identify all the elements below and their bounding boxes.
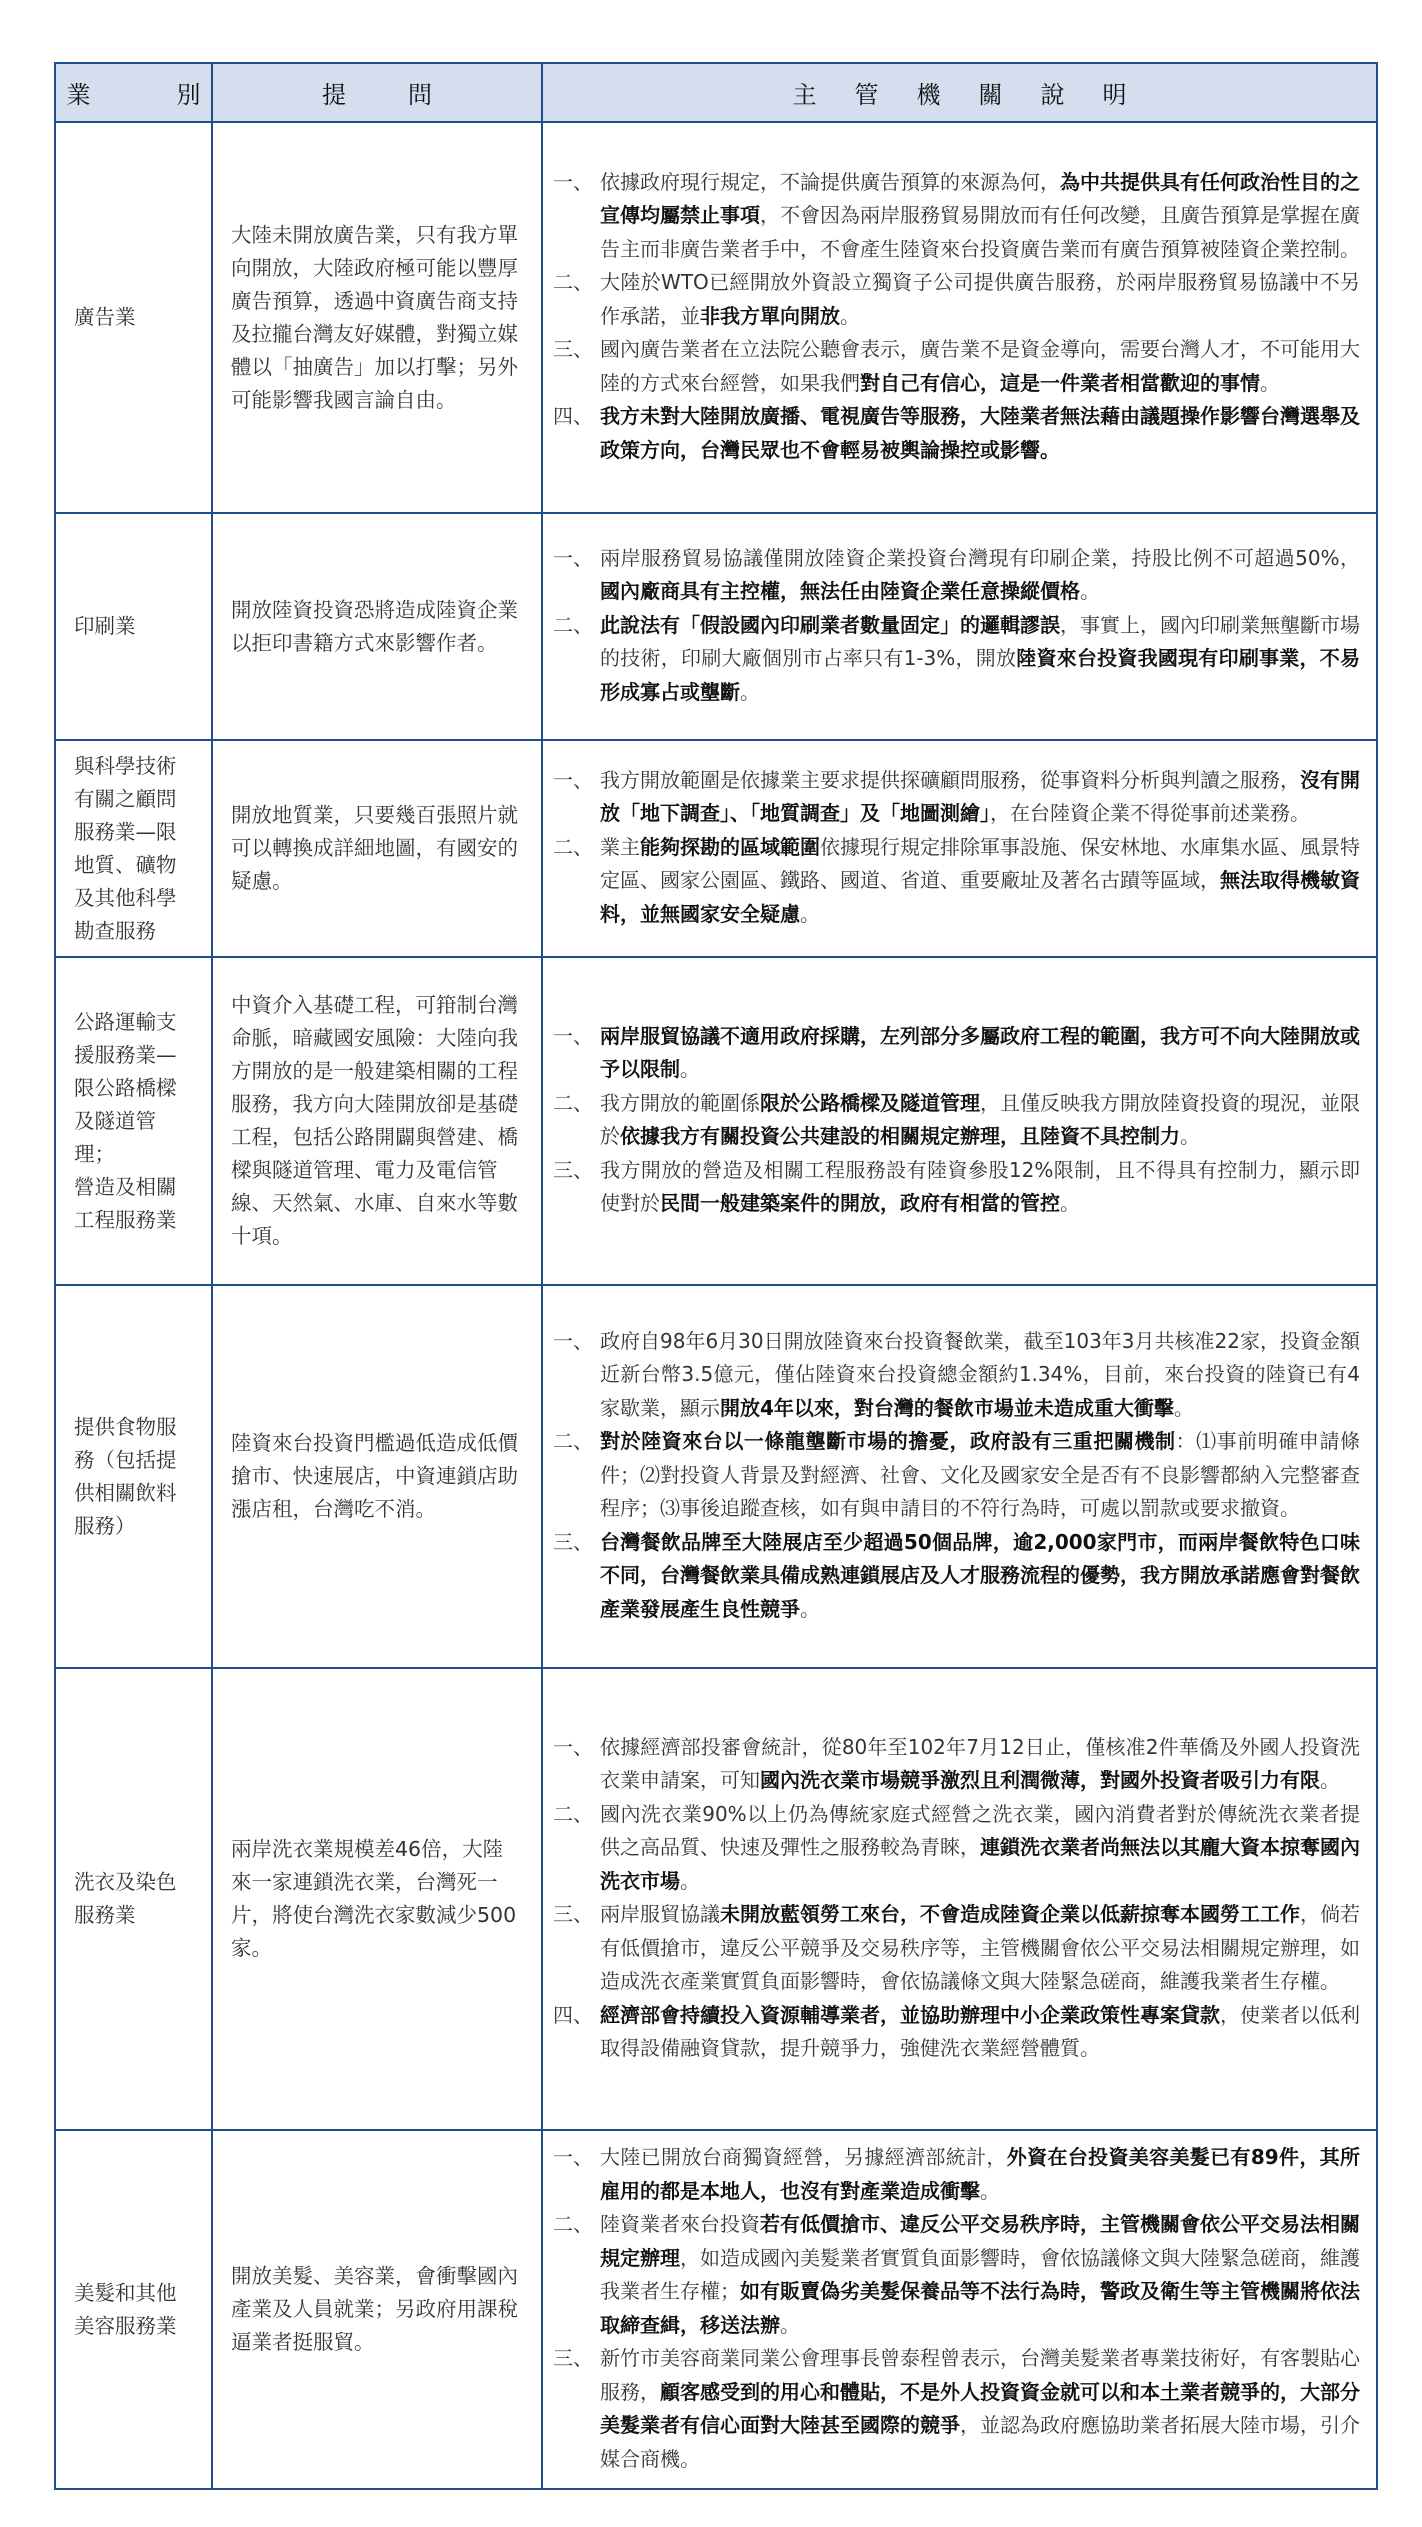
item-text: 依據經濟部投審會統計，從80年至102年7月12日止，僅核准2件華僑及外國人投資… [600, 1731, 1360, 1798]
item-text: 我方開放的範圍係限於公路橋樑及隧道管理，且僅反映我方開放陸資投資的現況，並限於依… [600, 1087, 1360, 1154]
emphasis-text: 對於陸資來台以一條龍壟斷市場的擔憂，政府設有三重把關機制 [600, 1429, 1176, 1453]
explanation-item: 一、依據經濟部投審會統計，從80年至102年7月12日止，僅核准2件華僑及外國人… [553, 1731, 1360, 1798]
item-number: 四、 [553, 400, 600, 467]
explanation-cell: 一、兩岸服務貿易協議僅開放陸資企業投資台灣現有印刷企業，持股比例不可超過50%，… [542, 513, 1377, 740]
faq-table: 業別 提問 主管機關說明 廣告業大陸未開放廣告業，只有我方單向開放，大陸政府極可… [54, 62, 1378, 2490]
item-text: 兩岸服務貿易協議僅開放陸資企業投資台灣現有印刷企業，持股比例不可超過50%，國內… [600, 542, 1360, 609]
body-text: 。 [680, 1057, 700, 1081]
emphasis-text: 國內洗衣業市場競爭激烈且利潤微薄，對國外投資者吸引力有限 [760, 1768, 1320, 1792]
item-text: 兩岸服貿協議未開放藍領勞工來台，不會造成陸資企業以低薪掠奪本國勞工工作，倘若有低… [600, 1898, 1360, 1999]
explanation-cell: 一、政府自98年6月30日開放陸資來台投資餐飲業，截至103年3月共核准22家，… [542, 1285, 1377, 1668]
explanation-item: 四、我方未對大陸開放廣播、電視廣告等服務，大陸業者無法藉由議題操作影響台灣選舉及… [553, 400, 1360, 467]
body-text: 。 [840, 304, 860, 328]
body-text: 。 [1060, 1191, 1080, 1215]
header-char: 說 [1041, 75, 1065, 110]
question-cell: 大陸未開放廣告業，只有我方單向開放，大陸政府極可能以豐厚廣告預算，透過中資廣告商… [212, 122, 542, 513]
item-text: 依據政府現行規定，不論提供廣告預算的來源為何，為中共提供具有任何政治性目的之宣傳… [600, 166, 1360, 267]
question-cell: 開放美髮、美容業，會衝擊國內產業及人員就業；另政府用課稅逼業者挺服貿。 [212, 2130, 542, 2489]
body-text: 。 [1260, 371, 1280, 395]
body-text: 。 [1080, 579, 1100, 603]
item-number: 二、 [553, 1798, 600, 1899]
item-text: 業主能夠探勘的區域範圍依據現行規定排除軍事設施、保安林地、水庫集水區、風景特定區… [600, 831, 1360, 932]
item-text: 兩岸服貿協議不適用政府採購，左列部分多屬政府工程的範圍，我方可不向大陸開放或予以… [600, 1020, 1360, 1087]
explanation-item: 三、國內廣告業者在立法院公聽會表示，廣告業不是資金導向，需要台灣人才，不可能用大… [553, 333, 1360, 400]
question-cell: 開放地質業，只要幾百張照片就可以轉換成詳細地圖，有國安的疑慮。 [212, 740, 542, 957]
item-text: 政府自98年6月30日開放陸資來台投資餐飲業，截至103年3月共核准22家，投資… [600, 1325, 1360, 1426]
item-number: 一、 [553, 1020, 600, 1087]
item-number: 一、 [553, 2141, 600, 2208]
item-number: 二、 [553, 831, 600, 932]
table-row: 洗衣及染色服務業兩岸洗衣業規模差46倍，大陸來一家連鎖洗衣業，台灣死一片，將使台… [55, 1668, 1377, 2130]
item-number: 三、 [553, 2342, 600, 2476]
table-row: 廣告業大陸未開放廣告業，只有我方單向開放，大陸政府極可能以豐厚廣告預算，透過中資… [55, 122, 1377, 513]
item-text: 對於陸資來台以一條龍壟斷市場的擔憂，政府設有三重把關機制：⑴事前明確申請條件；⑵… [600, 1425, 1360, 1526]
explanation-item: 一、依據政府現行規定，不論提供廣告預算的來源為何，為中共提供具有任何政治性目的之… [553, 166, 1360, 267]
emphasis-text: 能夠探勘的區域範圍 [640, 835, 820, 859]
emphasis-text: 未開放藍領勞工來台，不會造成陸資企業以低薪掠奪本國勞工工作 [720, 1902, 1300, 1926]
explanation-cell: 一、兩岸服貿協議不適用政府採購，左列部分多屬政府工程的範圍，我方可不向大陸開放或… [542, 957, 1377, 1285]
item-text: 大陸於WTO已經開放外資設立獨資子公司提供廣告服務，於兩岸服務貿易協議中不另作承… [600, 266, 1360, 333]
category-cell: 洗衣及染色服務業 [55, 1668, 212, 2130]
item-text: 我方開放的營造及相關工程服務設有陸資參股12%限制，且不得具有控制力，顯示即使對… [600, 1154, 1360, 1221]
body-text: 。 [980, 2179, 1000, 2203]
body-text: 大陸已開放台商獨資經營，另據經濟部統計， [600, 2145, 1007, 2169]
explanation-item: 二、此說法有「假設國內印刷業者數量固定」的邏輯謬誤，事實上，國內印刷業無壟斷市場… [553, 609, 1360, 710]
emphasis-text: 開放4年以來，對台灣的餐飲市場並未造成重大衝擊 [720, 1396, 1174, 1420]
explanation-cell: 一、依據政府現行規定，不論提供廣告預算的來源為何，為中共提供具有任何政治性目的之… [542, 122, 1377, 513]
body-text: 。 [1180, 1124, 1200, 1148]
item-number: 二、 [553, 609, 600, 710]
item-number: 二、 [553, 1087, 600, 1154]
emphasis-text: 限於公路橋樑及隧道管理 [760, 1091, 980, 1115]
question-cell: 中資介入基礎工程，可箝制台灣命脈，暗藏國安風險：大陸向我方開放的是一般建築相關的… [212, 957, 542, 1285]
table-row: 印刷業開放陸資投資恐將造成陸資企業以拒印書籍方式來影響作者。一、兩岸服務貿易協議… [55, 513, 1377, 740]
body-text: 陸資業者來台投資 [600, 2212, 760, 2236]
explanation-item: 三、我方開放的營造及相關工程服務設有陸資參股12%限制，且不得具有控制力，顯示即… [553, 1154, 1360, 1221]
emphasis-text: 非我方單向開放 [700, 304, 840, 328]
item-text: 陸資業者來台投資若有低價搶市、違反公平交易秩序時，主管機關會依公平交易法相關規定… [600, 2208, 1360, 2342]
body-text: 業主 [600, 835, 640, 859]
explanation-item: 二、國內洗衣業90%以上仍為傳統家庭式經營之洗衣業，國內消費者對於傳統洗衣業者提… [553, 1798, 1360, 1899]
explanation-item: 二、我方開放的範圍係限於公路橋樑及隧道管理，且僅反映我方開放陸資投資的現況，並限… [553, 1087, 1360, 1154]
body-text: 。 [1320, 1768, 1340, 1792]
item-text: 我方未對大陸開放廣播、電視廣告等服務，大陸業者無法藉由議題操作影響台灣選舉及政策… [600, 400, 1360, 467]
category-cell: 印刷業 [55, 513, 212, 740]
item-text: 台灣餐飲品牌至大陸展店至少超過50個品牌，逾2,000家門市，而兩岸餐飲特色口味… [600, 1526, 1360, 1627]
header-char: 關 [979, 75, 1003, 110]
item-text: 國內洗衣業90%以上仍為傳統家庭式經營之洗衣業，國內消費者對於傳統洗衣業者提供之… [600, 1798, 1360, 1899]
question-cell: 陸資來台投資門檻過低造成低價搶市、快速展店，中資連鎖店助漲店租，台灣吃不消。 [212, 1285, 542, 1668]
explanation-item: 二、陸資業者來台投資若有低價搶市、違反公平交易秩序時，主管機關會依公平交易法相關… [553, 2208, 1360, 2342]
item-number: 一、 [553, 1731, 600, 1798]
emphasis-text: 民間一般建築案件的開放，政府有相當的管控 [660, 1191, 1060, 1215]
emphasis-text: 兩岸服貿協議不適用政府採購，左列部分多屬政府工程的範圍，我方可不向大陸開放或予以… [600, 1024, 1360, 1082]
item-text: 新竹市美容商業同業公會理事長曾泰程曾表示，台灣美髮業者專業技術好，有客製貼心服務… [600, 2342, 1360, 2476]
emphasis-text: 對自己有信心，這是一件業者相當歡迎的事情 [860, 371, 1260, 395]
explanation-item: 一、我方開放範圍是依據業主要求提供探礦顧問服務，從事資料分析與判讀之服務，沒有開… [553, 764, 1360, 831]
header-char: 別 [177, 75, 201, 110]
item-number: 四、 [553, 1999, 600, 2066]
body-text: 我方開放的範圍係 [600, 1091, 760, 1115]
explanation-item: 四、經濟部會持續投入資源輔導業者，並協助辦理中小企業政策性專案貸款，使業者以低利… [553, 1999, 1360, 2066]
body-text: ，在台陸資企業不得從事前述業務。 [990, 801, 1310, 825]
explanation-item: 一、大陸已開放台商獨資經營，另據經濟部統計，外資在台投資美容美髮已有89件，其所… [553, 2141, 1360, 2208]
header-category: 業別 [55, 63, 212, 122]
body-text: 。 [1174, 1396, 1194, 1420]
item-number: 三、 [553, 1526, 600, 1627]
question-cell: 兩岸洗衣業規模差46倍，大陸來一家連鎖洗衣業，台灣死一片，將使台灣洗衣家數減少5… [212, 1668, 542, 2130]
item-number: 二、 [553, 266, 600, 333]
header-char: 主 [793, 75, 817, 110]
item-number: 一、 [553, 542, 600, 609]
table-header-row: 業別 提問 主管機關說明 [55, 63, 1377, 122]
table-row: 與科學技術有關之顧問服務業—限地質、礦物及其他科學勘查服務開放地質業，只要幾百張… [55, 740, 1377, 957]
table-row: 公路運輸支援服務業—限公路橋樑及隧道管理； 營造及相關工程服務業中資介入基礎工程… [55, 957, 1377, 1285]
emphasis-text: 台灣餐飲品牌至大陸展店至少超過50個品牌，逾2,000家門市，而兩岸餐飲特色口味… [600, 1530, 1360, 1621]
emphasis-text: 此說法有「假設國內印刷業者數量固定」的邏輯謬誤 [600, 613, 1060, 637]
table-row: 提供食物服務（包括提供相關飲料服務）陸資來台投資門檻過低造成低價搶市、快速展店，… [55, 1285, 1377, 1668]
table-row: 美髮和其他美容服務業開放美髮、美容業，會衝擊國內產業及人員就業；另政府用課稅逼業… [55, 2130, 1377, 2489]
category-cell: 廣告業 [55, 122, 212, 513]
header-char: 業 [67, 75, 91, 110]
body-text: 。 [800, 902, 820, 926]
category-cell: 與科學技術有關之顧問服務業—限地質、礦物及其他科學勘查服務 [55, 740, 212, 957]
explanation-item: 二、大陸於WTO已經開放外資設立獨資子公司提供廣告服務，於兩岸服務貿易協議中不另… [553, 266, 1360, 333]
item-number: 三、 [553, 333, 600, 400]
item-number: 三、 [553, 1154, 600, 1221]
explanation-item: 一、政府自98年6月30日開放陸資來台投資餐飲業，截至103年3月共核准22家，… [553, 1325, 1360, 1426]
explanation-item: 三、兩岸服貿協議未開放藍領勞工來台，不會造成陸資企業以低薪掠奪本國勞工工作，倘若… [553, 1898, 1360, 1999]
header-char: 問 [408, 75, 432, 110]
body-text: 。 [800, 1597, 820, 1621]
item-number: 二、 [553, 2208, 600, 2342]
item-number: 三、 [553, 1898, 600, 1999]
emphasis-text: 經濟部會持續投入資源輔導業者，並協助辦理中小企業政策性專案貸款 [600, 2003, 1220, 2027]
explanation-item: 三、台灣餐飲品牌至大陸展店至少超過50個品牌，逾2,000家門市，而兩岸餐飲特色… [553, 1526, 1360, 1627]
body-text: 兩岸服貿協議 [600, 1902, 720, 1926]
item-text: 大陸已開放台商獨資經營，另據經濟部統計，外資在台投資美容美髮已有89件，其所雇用… [600, 2141, 1360, 2208]
explanation-cell: 一、大陸已開放台商獨資經營，另據經濟部統計，外資在台投資美容美髮已有89件，其所… [542, 2130, 1377, 2489]
item-number: 一、 [553, 1325, 600, 1426]
emphasis-text: 依據我方有關投資公共建設的相關規定辦理，且陸資不具控制力 [620, 1124, 1180, 1148]
category-cell: 美髮和其他美容服務業 [55, 2130, 212, 2489]
category-cell: 公路運輸支援服務業—限公路橋樑及隧道管理； 營造及相關工程服務業 [55, 957, 212, 1285]
explanation-item: 一、兩岸服貿協議不適用政府採購，左列部分多屬政府工程的範圍，我方可不向大陸開放或… [553, 1020, 1360, 1087]
explanation-cell: 一、依據經濟部投審會統計，從80年至102年7月12日止，僅核准2件華僑及外國人… [542, 1668, 1377, 2130]
header-char: 明 [1103, 75, 1127, 110]
question-cell: 開放陸資投資恐將造成陸資企業以拒印書籍方式來影響作者。 [212, 513, 542, 740]
explanation-item: 三、新竹市美容商業同業公會理事長曾泰程曾表示，台灣美髮業者專業技術好，有客製貼心… [553, 2342, 1360, 2476]
explanation-cell: 一、我方開放範圍是依據業主要求提供探礦顧問服務，從事資料分析與判讀之服務，沒有開… [542, 740, 1377, 957]
item-text: 此說法有「假設國內印刷業者數量固定」的邏輯謬誤，事實上，國內印刷業無壟斷市場的技… [600, 609, 1360, 710]
explanation-item: 一、兩岸服務貿易協議僅開放陸資企業投資台灣現有印刷企業，持股比例不可超過50%，… [553, 542, 1360, 609]
category-cell: 提供食物服務（包括提供相關飲料服務） [55, 1285, 212, 1668]
body-text: 我方開放範圍是依據業主要求提供探礦顧問服務，從事資料分析與判讀之服務， [600, 768, 1300, 792]
explanation-item: 二、對於陸資來台以一條龍壟斷市場的擔憂，政府設有三重把關機制：⑴事前明確申請條件… [553, 1425, 1360, 1526]
explanation-item: 二、業主能夠探勘的區域範圍依據現行規定排除軍事設施、保安林地、水庫集水區、風景特… [553, 831, 1360, 932]
header-char: 機 [917, 75, 941, 110]
header-char: 提 [322, 75, 346, 110]
item-number: 一、 [553, 166, 600, 267]
item-number: 二、 [553, 1425, 600, 1526]
header-explanation: 主管機關說明 [542, 63, 1377, 122]
item-text: 我方開放範圍是依據業主要求提供探礦顧問服務，從事資料分析與判讀之服務，沒有開放「… [600, 764, 1360, 831]
header-char: 管 [855, 75, 879, 110]
body-text: 兩岸服務貿易協議僅開放陸資企業投資台灣現有印刷企業，持股比例不可超過50%， [600, 546, 1360, 570]
body-text: 。 [780, 2313, 800, 2337]
body-text: 依據政府現行規定，不論提供廣告預算的來源為何， [600, 170, 1060, 194]
header-question: 提問 [212, 63, 542, 122]
item-text: 經濟部會持續投入資源輔導業者，並協助辦理中小企業政策性專案貸款，使業者以低利取得… [600, 1999, 1360, 2066]
item-text: 國內廣告業者在立法院公聽會表示，廣告業不是資金導向，需要台灣人才，不可能用大陸的… [600, 333, 1360, 400]
item-number: 一、 [553, 764, 600, 831]
emphasis-text: 我方未對大陸開放廣播、電視廣告等服務，大陸業者無法藉由議題操作影響台灣選舉及政策… [600, 404, 1360, 462]
body-text: 。 [740, 680, 760, 704]
emphasis-text: 國內廠商具有主控權，無法任由陸資企業任意操縱價格 [600, 579, 1080, 603]
body-text: 。 [680, 1869, 700, 1893]
